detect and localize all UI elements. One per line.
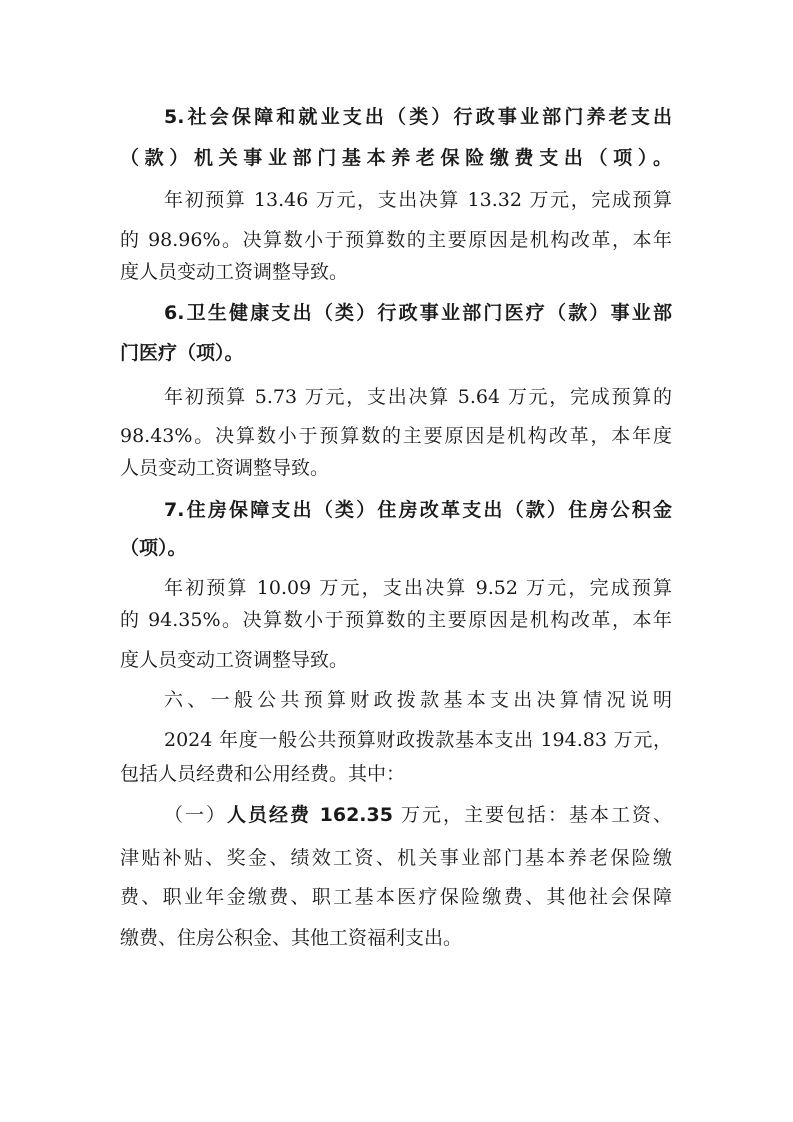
section-7-heading-line-1: 7.住房保障支出（类）住房改革支出（款）住房公积金 xyxy=(164,495,672,525)
personnel-expense-desc: 万元，主要包括：基本工资、 xyxy=(393,804,672,826)
chapter-6-intro-line-1: 2024 年度一般公共预算财政拨款基本支出 194.83 万元， xyxy=(164,725,672,755)
document-page: 5.社会保障和就业支出（类）行政事业部门养老支出 （款）机关事业部门基本养老保险… xyxy=(0,0,793,1122)
section-6-body-line-3: 人员变动工资调整导致。 xyxy=(120,453,672,483)
section-5-heading-line-2: （款）机关事业部门基本养老保险缴费支出（项）。 xyxy=(120,143,672,173)
personnel-prefix: （一） xyxy=(164,804,227,826)
section-5-body-line-2: 的 98.96%。决算数小于预算数的主要原因是机构改革，本年 xyxy=(120,225,672,255)
section-7-body-line-2: 的 94.35%。决算数小于预算数的主要原因是机构改革，本年 xyxy=(120,605,672,635)
section-5-heading-line-1: 5.社会保障和就业支出（类）行政事业部门养老支出 xyxy=(164,102,672,132)
section-7-body-line-3: 度人员变动工资调整导致。 xyxy=(120,645,672,675)
personnel-expense-line-3: 费、职业年金缴费、职工基本医疗保险缴费、其他社会保障 xyxy=(120,882,672,912)
section-6-heading-line-1: 6.卫生健康支出（类）行政事业部门医疗（款）事业部 xyxy=(164,298,672,328)
chapter-6-intro-line-2: 包括人员经费和公用经费。其中： xyxy=(120,759,672,789)
personnel-expense-line-4: 缴费、住房公积金、其他工资福利支出。 xyxy=(120,923,672,953)
section-6-body-line-1: 年初预算 5.73 万元，支出决算 5.64 万元，完成预算的 xyxy=(164,382,672,412)
section-5-body-line-1: 年初预算 13.46 万元，支出决算 13.32 万元，完成预算 xyxy=(164,185,672,215)
section-7-body-line-1: 年初预算 10.09 万元，支出决算 9.52 万元，完成预算 xyxy=(164,573,672,603)
section-7-heading-line-2: （项）。 xyxy=(120,533,672,563)
section-5-body-line-3: 度人员变动工资调整导致。 xyxy=(120,257,672,287)
personnel-expense-label: 人员经费 162.35 xyxy=(227,804,393,826)
section-6-heading-line-2: 门医疗（项）。 xyxy=(120,338,672,368)
personnel-expense-line-2: 津贴补贴、奖金、绩效工资、机关事业部门基本养老保险缴 xyxy=(120,843,672,873)
personnel-expense-line-1: （一）人员经费 162.35 万元，主要包括：基本工资、 xyxy=(164,800,672,830)
chapter-6-title: 六、一般公共预算财政拨款基本支出决算情况说明 xyxy=(164,685,672,715)
section-6-body-line-2: 98.43%。决算数小于预算数的主要原因是机构改革，本年度 xyxy=(120,421,672,451)
